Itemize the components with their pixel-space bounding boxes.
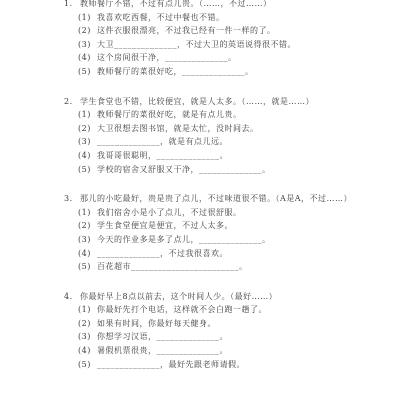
item-text: 我们宿舍小是小了点儿，不过很舒服。 bbox=[97, 206, 372, 220]
exercise-item: (4) 我哥哥很聪明，______________。 bbox=[78, 149, 372, 163]
item-text: 今天的作业多是多了点儿，______________。 bbox=[97, 233, 372, 247]
exercise-item: (2) 如果有时间，你最好每天健身。 bbox=[78, 317, 372, 331]
item-number: (2) bbox=[78, 317, 97, 331]
item-number: (4) bbox=[78, 247, 97, 261]
item-number: (3) bbox=[78, 330, 97, 344]
section-title: 教师餐厅不错，不过有点儿贵。（……，不过……） bbox=[80, 0, 372, 11]
section-header: 4. 你最好早上8点以前去，这个时间人少。（最好……） bbox=[64, 290, 372, 304]
item-text: 你最好先打个电话，这样就不会白跑一趟了。 bbox=[97, 303, 372, 317]
exercise-item: (5) ______________，最好先跟老师请假。 bbox=[78, 358, 372, 372]
item-number: (1) bbox=[78, 11, 97, 25]
section-number: 1. bbox=[64, 0, 80, 11]
section-header: 1. 教师餐厅不错，不过有点儿贵。（……，不过……） bbox=[64, 0, 372, 11]
item-text: 如果有时间，你最好每天健身。 bbox=[97, 317, 372, 331]
item-number: (3) bbox=[78, 233, 97, 247]
item-text: 百花超市________________________。 bbox=[97, 260, 372, 274]
exercise-item: (3) 今天的作业多是多了点儿，______________。 bbox=[78, 233, 372, 247]
exercise-item: (4) ______________，不过我很喜欢。 bbox=[78, 247, 372, 261]
exercise-item: (2) 大卫很想去图书馆，就是太忙，没时间去。 bbox=[78, 122, 372, 136]
item-text: 大卫很想去图书馆，就是太忙，没时间去。 bbox=[97, 122, 372, 136]
item-text: 我哥哥很聪明，______________。 bbox=[97, 149, 372, 163]
exercise-item: (1) 我喜欢吃西餐，不过中餐也不错。 bbox=[78, 11, 372, 25]
section-header: 3. 那儿的小吃最好，贵是贵了点儿，不过味道很不错。（A是A，不过……） bbox=[64, 192, 372, 206]
item-number: (4) bbox=[78, 149, 97, 163]
section-header: 2. 学生食堂也不错，比较便宜，就是人太多。（……，就是……） bbox=[64, 95, 372, 109]
section-number: 3. bbox=[64, 192, 80, 206]
item-text: 我喜欢吃西餐，不过中餐也不错。 bbox=[97, 11, 372, 25]
exercise-section-2: 2. 学生食堂也不错，比较便宜，就是人太多。（……，就是……） (1) 教师餐厅… bbox=[64, 95, 372, 177]
item-number: (1) bbox=[78, 303, 97, 317]
item-text: 学生食堂便宜是便宜，不过人太多。 bbox=[97, 219, 372, 233]
item-number: (2) bbox=[78, 219, 97, 233]
exercise-item: (5) 学校的宿舍又舒服又干净，______________。 bbox=[78, 163, 372, 177]
exercise-item: (1) 教师餐厅的菜很好吃，就是有点儿贵。 bbox=[78, 108, 372, 122]
item-number: (1) bbox=[78, 206, 97, 220]
item-number: (2) bbox=[78, 24, 97, 38]
item-text: 学校的宿舍又舒服又干净，______________。 bbox=[97, 163, 372, 177]
section-number: 2. bbox=[64, 95, 80, 109]
item-number: (5) bbox=[78, 260, 97, 274]
exercise-item: (1) 我们宿舍小是小了点儿，不过很舒服。 bbox=[78, 206, 372, 220]
item-number: (2) bbox=[78, 122, 97, 136]
section-number: 4. bbox=[64, 290, 80, 304]
item-number: (5) bbox=[78, 358, 97, 372]
item-number: (3) bbox=[78, 135, 97, 149]
item-text: ______________，不过我很喜欢。 bbox=[97, 247, 372, 261]
item-text: 教师餐厅的菜很好吃，______________。 bbox=[97, 65, 372, 79]
exercise-section-4: 4. 你最好早上8点以前去，这个时间人少。（最好……） (1) 你最好先打个电话… bbox=[64, 290, 372, 372]
item-number: (5) bbox=[78, 163, 97, 177]
item-number: (5) bbox=[78, 65, 97, 79]
item-text: ______________，就是有点儿远。 bbox=[97, 135, 372, 149]
exercise-section-1: 1. 教师餐厅不错，不过有点儿贵。（……，不过……） (1) 我喜欢吃西餐，不过… bbox=[64, 0, 372, 79]
item-text: 教师餐厅的菜很好吃，就是有点儿贵。 bbox=[97, 108, 372, 122]
exercise-item: (3) ______________，就是有点儿远。 bbox=[78, 135, 372, 149]
item-number: (4) bbox=[78, 344, 97, 358]
section-title: 你最好早上8点以前去，这个时间人少。（最好……） bbox=[80, 290, 372, 304]
item-text: ______________，最好先跟老师请假。 bbox=[97, 358, 372, 372]
item-text: 大卫______________，不过大卫的英语说得很不错。 bbox=[97, 38, 372, 52]
exercise-item: (3) 你想学习汉语，______________。 bbox=[78, 330, 372, 344]
exercise-item: (3) 大卫______________，不过大卫的英语说得很不错。 bbox=[78, 38, 372, 52]
exercise-item: (4) 这个房间很干净，______________。 bbox=[78, 51, 372, 65]
exercise-section-3: 3. 那儿的小吃最好，贵是贵了点儿，不过味道很不错。（A是A，不过……） (1)… bbox=[64, 192, 372, 274]
item-number: (3) bbox=[78, 38, 97, 52]
section-title: 那儿的小吃最好，贵是贵了点儿，不过味道很不错。（A是A，不过……） bbox=[80, 192, 372, 206]
item-text: 你想学习汉语，______________。 bbox=[97, 330, 372, 344]
exercise-item: (2) 这件衣服很漂亮，不过我已经有一件一样的了。 bbox=[78, 24, 372, 38]
item-number: (4) bbox=[78, 51, 97, 65]
worksheet-page: 1. 教师餐厅不错，不过有点儿贵。（……，不过……） (1) 我喜欢吃西餐，不过… bbox=[0, 0, 400, 397]
exercise-item: (5) 百花超市________________________。 bbox=[78, 260, 372, 274]
exercise-item: (2) 学生食堂便宜是便宜，不过人太多。 bbox=[78, 219, 372, 233]
exercise-item: (5) 教师餐厅的菜很好吃，______________。 bbox=[78, 65, 372, 79]
item-text: 这个房间很干净，______________。 bbox=[97, 51, 372, 65]
exercise-item: (4) 暑假机票很贵，______________。 bbox=[78, 344, 372, 358]
section-title: 学生食堂也不错，比较便宜，就是人太多。（……，就是……） bbox=[80, 95, 372, 109]
item-number: (1) bbox=[78, 108, 97, 122]
item-text: 暑假机票很贵，______________。 bbox=[97, 344, 372, 358]
exercise-item: (1) 你最好先打个电话，这样就不会白跑一趟了。 bbox=[78, 303, 372, 317]
item-text: 这件衣服很漂亮，不过我已经有一件一样的了。 bbox=[97, 24, 372, 38]
